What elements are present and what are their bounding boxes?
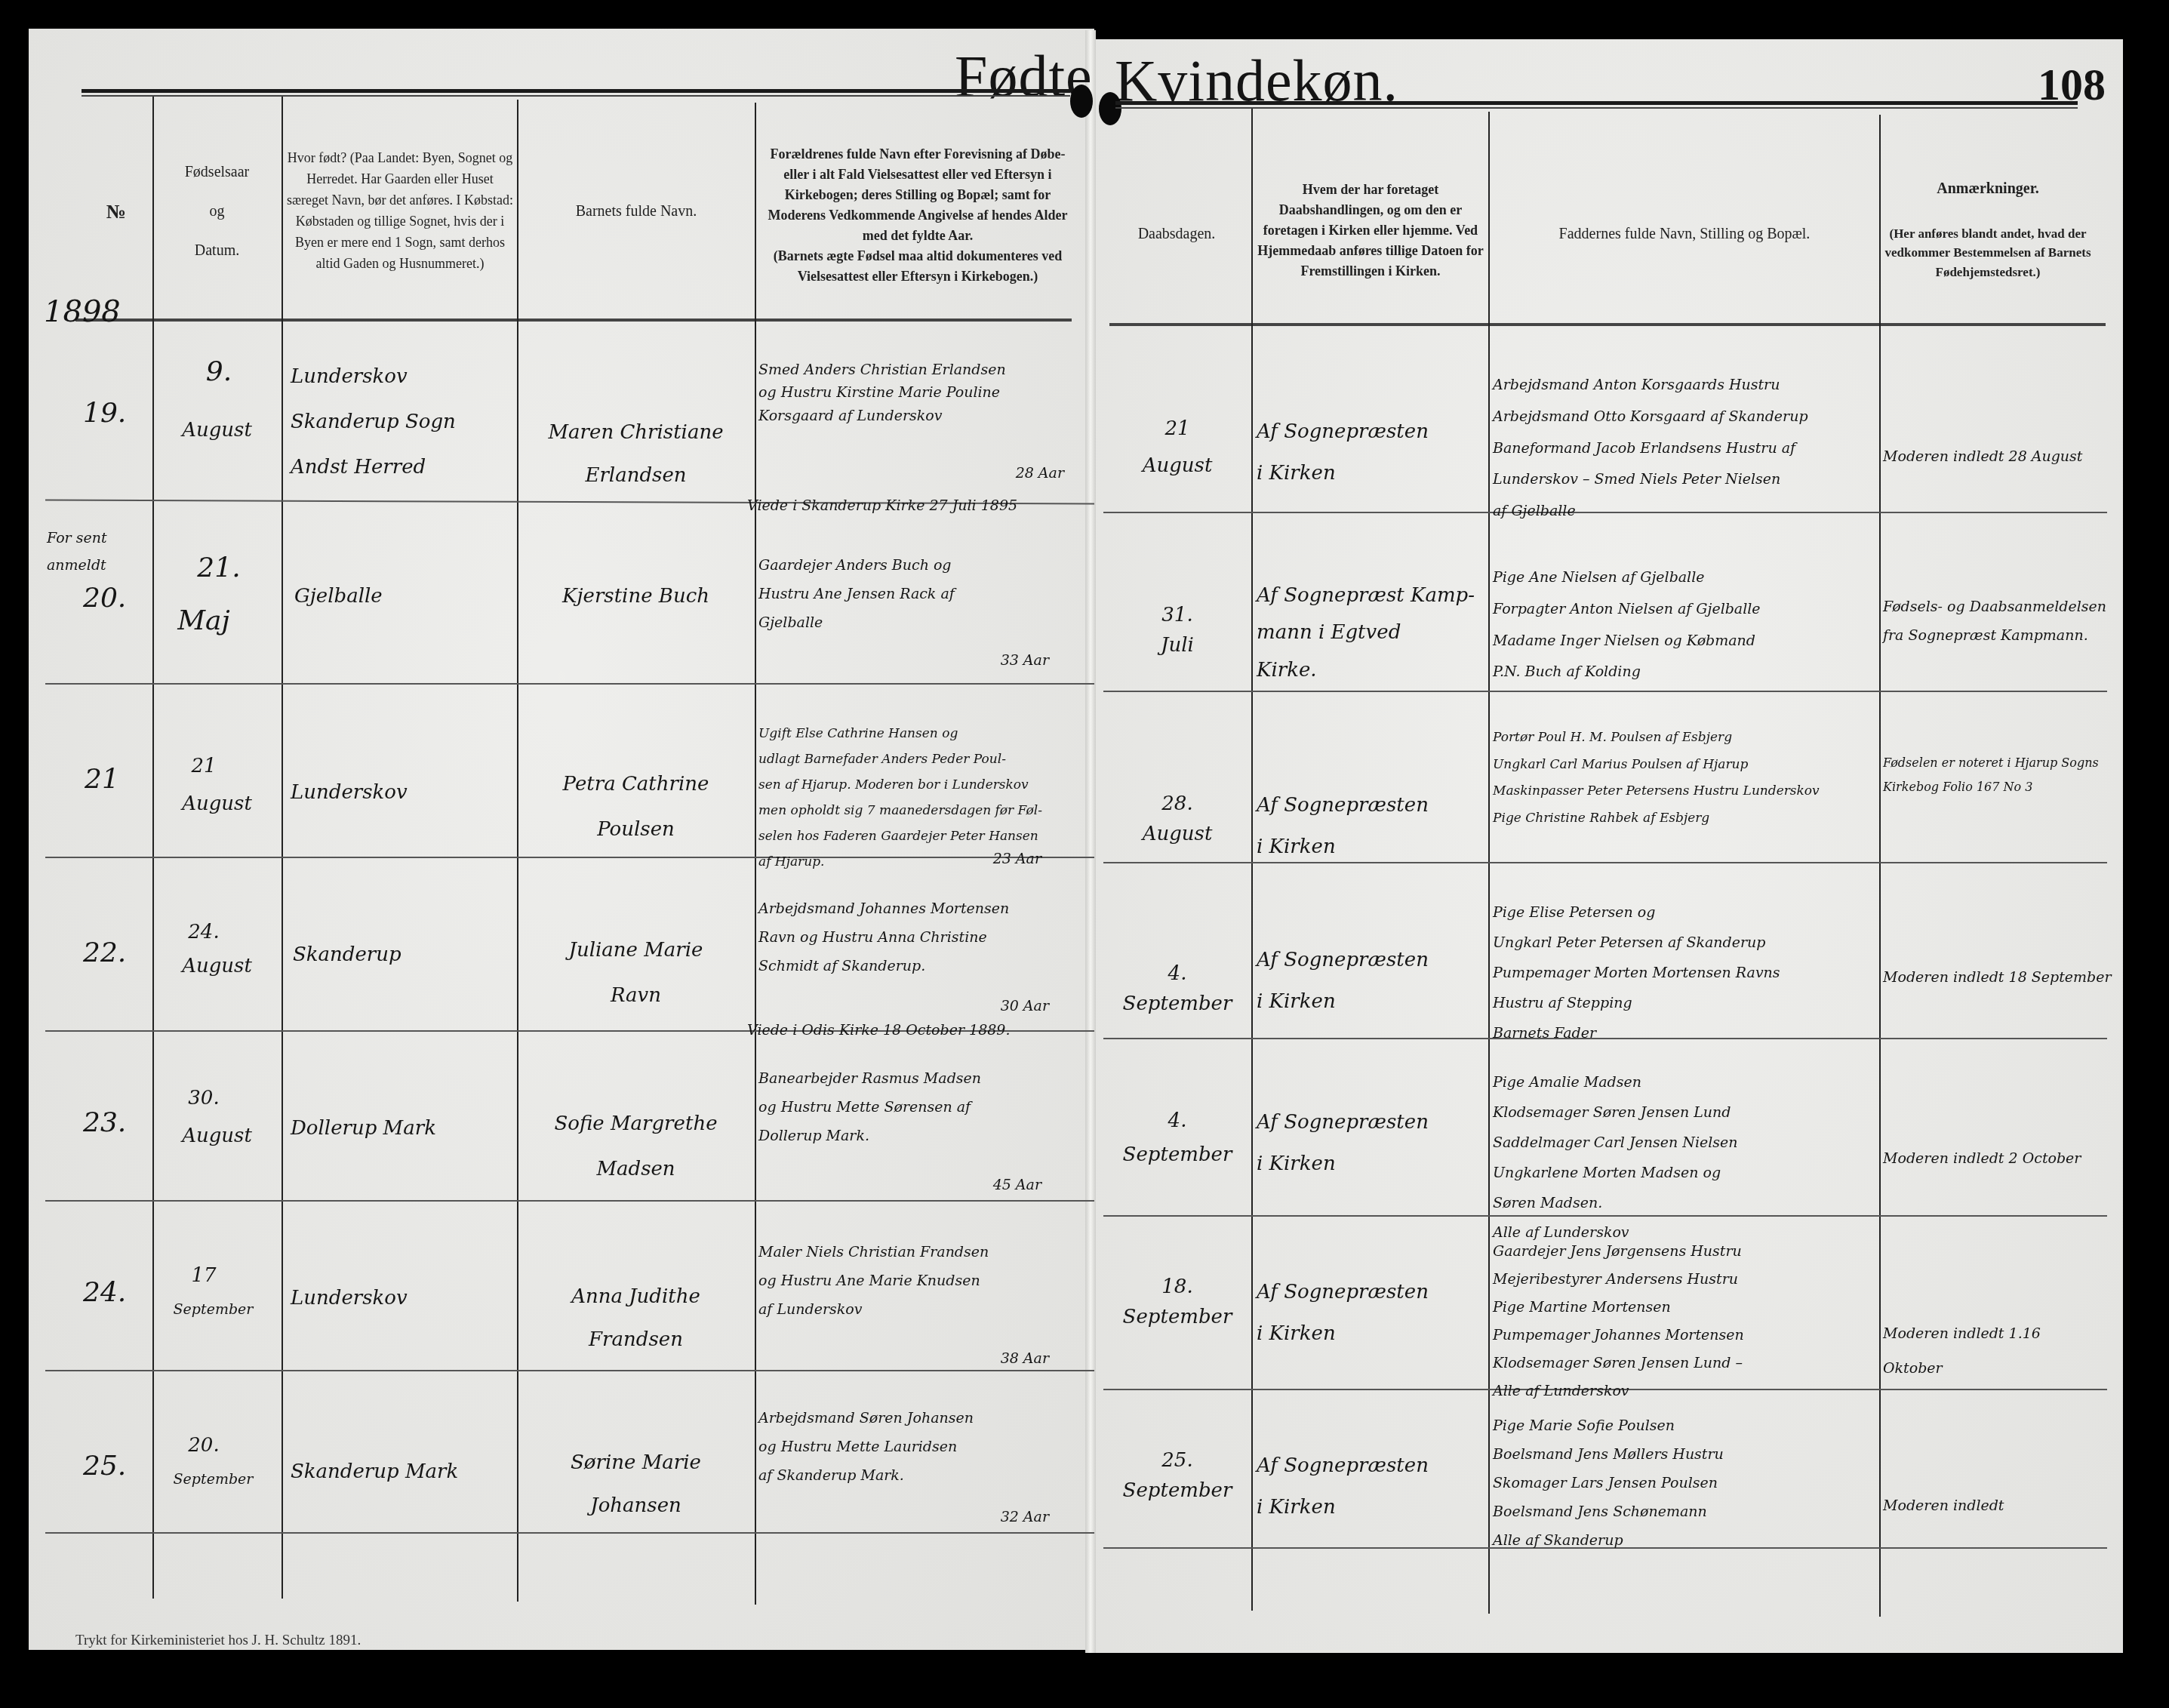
child-name: Kjerstine Buch — [521, 577, 751, 616]
header-child-name: Barnets fulde Navn. — [519, 151, 753, 272]
header-birth-date: Fødselsaar og Datum. — [155, 151, 279, 272]
birthplace: Lunderskov Skanderup Sogn Andst Herred — [291, 355, 456, 490]
mother-age: 33 Aar — [943, 649, 1049, 672]
entry-number: 22. — [83, 936, 126, 970]
book-gutter — [1085, 30, 1096, 1653]
col-divider — [1251, 109, 1253, 1611]
marriage-note: Viede i Odis Kirke 18 October 1889. — [747, 1019, 1010, 1042]
header-birthplace: Hvor født? (Paa Landet: Byen, Sognet og … — [287, 106, 513, 317]
register-year: 1898 — [44, 294, 121, 329]
printer-imprint: Trykt for Kirkeministeriet hos J. H. Sch… — [75, 1633, 361, 1649]
entry-number: 25. — [83, 1449, 126, 1483]
parents: Gaardejer Anders Buch og Hustru Ane Jens… — [758, 551, 955, 637]
parents: Arbejdsmand Johannes Mortensen Ravn og H… — [758, 894, 1009, 980]
birthplace: Skanderup — [293, 936, 401, 974]
header-remarks-title: Anmærkninger. — [1882, 174, 2094, 204]
mother-age: 30 Aar — [943, 995, 1049, 1017]
remarks: Moderen indledt — [1883, 1494, 2004, 1517]
baptized-by: Af Sognepræsten i Kirken — [1257, 940, 1429, 1022]
baptism-month: August — [1109, 815, 1245, 854]
birth-month: September — [151, 1468, 275, 1491]
top-rule-right — [1115, 101, 2078, 105]
col-divider — [1879, 115, 1881, 1617]
mother-age: 28 Aar — [943, 462, 1064, 485]
child-name: Juliane Marie Ravn — [521, 928, 751, 1019]
remarks: Fødsels- og Daabsanmeldelsen fra Sognepr… — [1883, 592, 2106, 650]
child-name: Maren Christiane Erlandsen — [521, 411, 751, 497]
header-baptized-by: Hvem der har foretaget Daabshandlingen, … — [1254, 136, 1487, 325]
godparents: Pige Elise Petersen og Ungkarl Peter Pet… — [1493, 898, 1780, 1048]
birthplace: Lunderskov — [291, 1279, 408, 1318]
top-rule-left — [82, 89, 1070, 93]
birth-month: September — [151, 1298, 275, 1321]
baptism-month: September — [1109, 1298, 1245, 1337]
birth-day: 20. — [158, 1426, 249, 1465]
birthplace: Lunderskov — [291, 774, 408, 812]
header-no: № — [82, 189, 151, 234]
child-name: Petra Cathrine Poulsen — [521, 762, 751, 853]
godparents: Portør Poul H. M. Poulsen af Esbjerg Ung… — [1493, 725, 1820, 832]
birthplace: Skanderup Mark — [291, 1453, 458, 1491]
header-godparents: Faddernes fulde Navn, Stilling og Bopæl. — [1491, 151, 1878, 317]
birth-day: 30. — [158, 1079, 249, 1118]
child-name: Sofie Margrethe Madsen — [521, 1102, 751, 1193]
col-divider — [152, 97, 154, 1599]
birth-month: August — [155, 785, 279, 823]
binding-hole-right — [1099, 92, 1121, 125]
remarks: Fødselen er noteret i Hjarup Sogns Kirke… — [1883, 751, 2099, 799]
birth-day: 17 — [158, 1257, 249, 1295]
marriage-note: Viede i Skanderup Kirke 27 Juli 1895 — [747, 494, 1017, 517]
parents: Arbejdsmand Søren Johansen og Hustru Met… — [758, 1404, 974, 1490]
baptized-by: Af Sognepræsten i Kirken — [1257, 1102, 1429, 1184]
birth-day: 9. — [158, 355, 279, 389]
birth-day: 21 — [158, 747, 249, 786]
mother-age: 32 Aar — [943, 1506, 1049, 1528]
parents: Banearbejder Rasmus Madsen og Hustru Met… — [758, 1064, 981, 1150]
remarks: Moderen indledt 1.16 Oktober — [1883, 1317, 2041, 1386]
birthplace: Dollerup Mark — [291, 1109, 436, 1148]
baptism-day: 4. — [1109, 1102, 1245, 1140]
header-remarks: (Her anføres blandt andet, hvad der vedk… — [1882, 204, 2094, 302]
entry-number: 24. — [83, 1276, 126, 1309]
godparents: Pige Ane Nielsen af Gjelballe Forpagter … — [1493, 562, 1761, 688]
entry-number: 20. — [83, 581, 126, 615]
godparents: Pige Amalie Madsen Klodsemager Søren Jen… — [1493, 1068, 1738, 1248]
entry-note: For sent anmeldt — [47, 525, 107, 579]
header-parents: Forældrenes fulde Navn efter Forevisning… — [759, 113, 1076, 317]
baptism-month: September — [1109, 1136, 1245, 1174]
col-divider — [517, 100, 518, 1602]
col-divider — [755, 103, 756, 1605]
birthplace: Gjelballe — [294, 577, 383, 616]
row-divider — [45, 1532, 1094, 1534]
row-divider — [1103, 862, 2107, 863]
entry-number: 19. — [83, 396, 126, 430]
parents: Smed Anders Christian Erlandsen og Hustr… — [758, 359, 1006, 427]
baptized-by: Af Sognepræsten i Kirken — [1257, 1272, 1429, 1354]
baptism-day: 21 — [1109, 411, 1245, 447]
row-divider — [1103, 691, 2107, 692]
remarks: Moderen indledt 2 October — [1883, 1147, 2081, 1170]
baptized-by: Af Sognepræsten i Kirken — [1257, 1445, 1429, 1528]
godparents: Gaardejer Jens Jørgensens Hustru Mejerib… — [1493, 1238, 1744, 1405]
baptism-month: September — [1109, 1472, 1245, 1510]
godparents: Pige Marie Sofie Poulsen Boelsmand Jens … — [1493, 1411, 1724, 1555]
birth-month: Maj — [158, 604, 249, 638]
baptized-by: Af Sognepræst Kamp- mann i Egtved Kirke. — [1257, 577, 1475, 689]
baptism-month: August — [1109, 447, 1245, 485]
baptized-by: Af Sognepræsten i Kirken — [1257, 785, 1429, 867]
mother-age: 45 Aar — [943, 1174, 1041, 1196]
mother-age: 23 Aar — [943, 848, 1041, 870]
child-name: Anna Judithe Frandsen — [521, 1276, 751, 1362]
header-baptism-date: Daabsdagen. — [1103, 151, 1250, 317]
row-divider — [45, 683, 1094, 685]
row-divider — [45, 1370, 1094, 1371]
godparents: Arbejdsmand Anton Korsgaards Hustru Arbe… — [1493, 370, 1808, 528]
row-divider — [45, 1200, 1094, 1202]
birth-month: August — [155, 1117, 279, 1156]
baptized-by: Af Sognepræsten i Kirken — [1257, 411, 1429, 494]
baptism-month: Juli — [1109, 626, 1245, 665]
remarks: Moderen indledt 28 August — [1883, 445, 2083, 468]
entry-number: 21 — [85, 762, 119, 796]
birth-month: August — [155, 411, 279, 450]
col-divider — [282, 97, 283, 1599]
birth-day: 21. — [158, 551, 279, 585]
entry-number: 23. — [83, 1106, 126, 1140]
remarks: Moderen indledt 18 September — [1883, 966, 2112, 989]
birth-day: 24. — [158, 913, 249, 952]
baptism-month: September — [1109, 985, 1245, 1023]
top-rule-left-thin — [82, 95, 1070, 97]
mother-age: 38 Aar — [943, 1347, 1049, 1370]
header-rule-left — [75, 319, 1072, 322]
child-name: Sørine Marie Johansen — [521, 1442, 751, 1528]
birth-month: August — [155, 947, 279, 986]
parents: Maler Niels Christian Frandsen og Hustru… — [758, 1238, 989, 1324]
top-rule-right-thin — [1115, 107, 2078, 109]
